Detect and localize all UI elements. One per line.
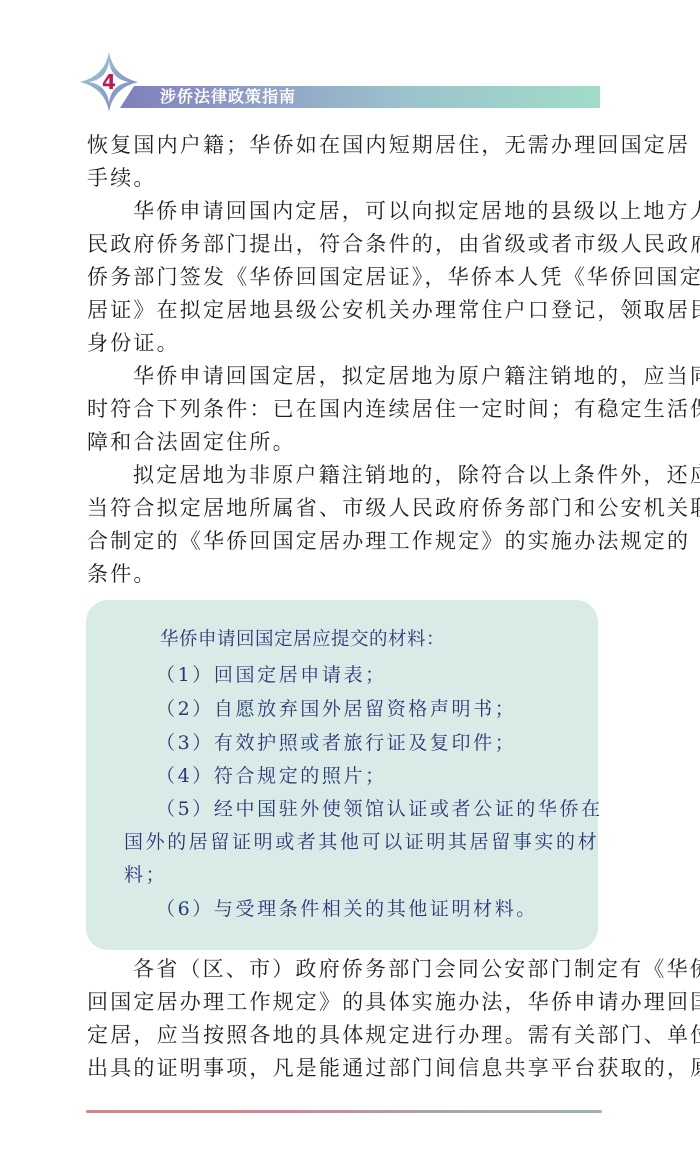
text-line: 回国定居办理工作规定》的具体实施办法，华侨申请办理回国 xyxy=(87,986,607,1019)
running-title: 涉侨法律政策指南 xyxy=(160,86,296,108)
text-line: 合制定的《华侨回国定居办理工作规定》的实施办法规定的 xyxy=(87,525,607,558)
material-item: （3）有效护照或者旅行证及复印件； xyxy=(156,726,516,760)
text-line: 华侨申请回国内定居，可以向拟定居地的县级以上地方人 xyxy=(133,195,653,228)
material-item: （2）自愿放弃国外居留资格声明书； xyxy=(156,692,516,726)
text-line: 各省（区、市）政府侨务部门会同公安部门制定有《华侨 xyxy=(133,953,653,986)
material-item-continued: 料； xyxy=(124,858,167,892)
material-item: （1）回国定居申请表； xyxy=(156,658,387,692)
chapter-badge: 4 xyxy=(78,50,140,114)
text-line: 居证》在拟定居地县级公安机关办理常住户口登记，领取居民 xyxy=(87,294,607,327)
material-item: （5）经中国驻外使领馆认证或者公证的华侨在 xyxy=(156,792,603,826)
text-line: 手续。 xyxy=(87,162,607,195)
text-line: 民政府侨务部门提出，符合条件的，由省级或者市级人民政府 xyxy=(87,228,607,261)
callout-title: 华侨申请回国定居应提交的材料： xyxy=(160,623,445,657)
page-header: 涉侨法律政策指南 4 xyxy=(0,0,700,120)
text-line: 当符合拟定居地所属省、市级人民政府侨务部门和公安机关联 xyxy=(87,492,607,525)
footer-divider xyxy=(86,1110,602,1113)
text-line: 身份证。 xyxy=(87,327,607,360)
chapter-number: 4 xyxy=(78,50,140,114)
text-line: 障和合法固定住所。 xyxy=(87,426,607,459)
text-line: 侨务部门签发《华侨回国定居证》，华侨本人凭《华侨回国定 xyxy=(87,261,607,294)
text-line: 定居，应当按照各地的具体规定进行办理。需有关部门、单位 xyxy=(87,1019,607,1052)
material-item-continued: 国外的居留证明或者其他可以证明其居留事实的材 xyxy=(124,825,599,859)
text-line: 条件。 xyxy=(87,558,607,591)
text-line: 时符合下列条件：已在国内连续居住一定时间；有稳定生活保 xyxy=(87,393,607,426)
material-item: （4）符合规定的照片； xyxy=(156,759,387,793)
text-line: 出具的证明事项，凡是能通过部门间信息共享平台获取的，原 xyxy=(87,1052,607,1085)
text-line: 拟定居地为非原户籍注销地的，除符合以上条件外，还应 xyxy=(133,459,653,492)
materials-callout-box: 华侨申请回国定居应提交的材料： （1）回国定居申请表； （2）自愿放弃国外居留资… xyxy=(86,600,598,950)
text-line: 华侨申请回国定居，拟定居地为原户籍注销地的，应当同 xyxy=(133,360,653,393)
text-line: 恢复国内户籍；华侨如在国内短期居住，无需办理回国定居 xyxy=(87,129,607,162)
material-item: （6）与受理条件相关的其他证明材料。 xyxy=(156,892,538,926)
